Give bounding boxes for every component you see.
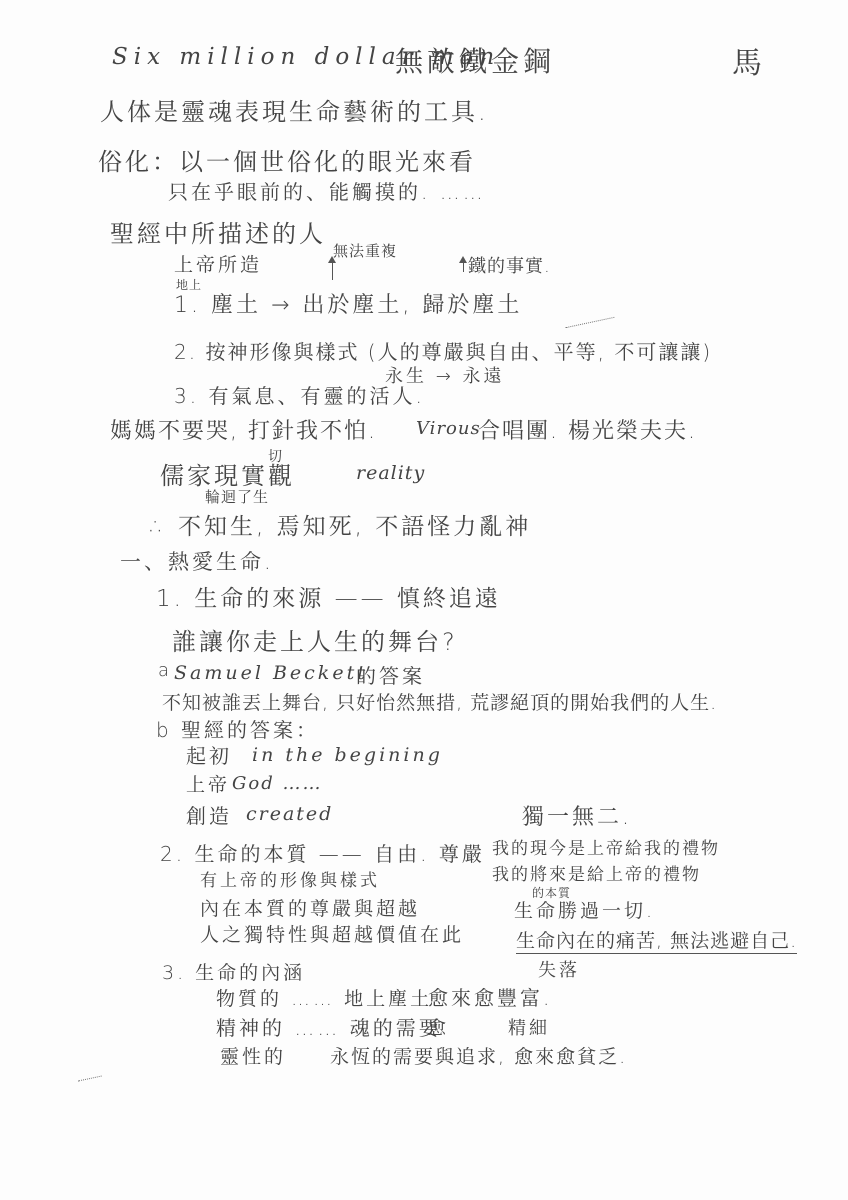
arrow-up-icon xyxy=(332,258,333,280)
word-qichu: 起初 xyxy=(186,740,232,769)
note-future-gift-to-god: 我的將來是給上帝的禮物 xyxy=(492,860,701,885)
word-chuangzao: 創造 xyxy=(186,800,232,829)
line-image-of-god: 有上帝的形像與樣式 xyxy=(200,866,380,891)
line-human-body: 人体是靈魂表現生命藝術的工具. xyxy=(100,92,489,127)
line-spiritual: 精神的 …… 魂的需要 xyxy=(216,1012,442,1041)
title-chinese: 無敵鐵金鋼 xyxy=(395,40,555,80)
scanned-handwritten-page: Six million dollar man 無敵鐵金鋼 馬 人体是靈魂表現生命… xyxy=(0,0,848,1200)
point-2-image-of-god: 2. 按神形像與樣式 (人的尊嚴與自由、平等, 不可讓讓) xyxy=(174,336,712,365)
line-material-richer: 愈來愈豐富. xyxy=(428,982,552,1011)
phrase-in-the-beginning: in the begining xyxy=(252,744,443,766)
line-choir: 合唱團. 楊光榮夫夫. xyxy=(478,414,697,445)
arrow-up-icon xyxy=(463,258,464,272)
note-inner-pain: 生命內在的痛苦, 無法逃避自己. xyxy=(516,926,797,954)
question-who-put-you-on-stage: 誰讓你走上人生的舞台? xyxy=(172,622,458,657)
name-samuel-beckett: Samuel Beckett xyxy=(174,662,368,684)
word-god: God …… xyxy=(232,773,322,794)
point-3-living-soul: 3. 有氣息、有靈的活人. xyxy=(174,380,425,409)
note-loss: 失落 xyxy=(538,956,580,982)
item-b-bible-answer: b 聖經的答案： xyxy=(156,714,319,743)
section-love-life: 一、熱愛生命. xyxy=(120,546,274,576)
corner-mark: 馬 xyxy=(732,38,765,82)
insertion-mark xyxy=(565,317,614,329)
line-eternal-need: 永恆的需要與追求, 愈來愈貧乏. xyxy=(330,1042,627,1069)
heading-bible-human: 聖經中所描述的人 xyxy=(110,214,326,249)
word-reality: reality xyxy=(356,462,425,484)
line-created-by-god: 上帝所造 xyxy=(174,250,262,277)
note-reincarnation: 輪迴了生 xyxy=(205,486,269,507)
line-material: 物質的 …… 地上塵土 xyxy=(216,984,432,1011)
word-shangdi: 上帝 xyxy=(186,770,230,797)
word-created: created xyxy=(246,803,333,825)
note-present-is-gift: 我的現今是上帝給我的禮物 xyxy=(492,834,720,859)
line-confucius-quote: ∴ 不知生, 焉知死, 不語怪力亂神 xyxy=(150,508,531,541)
line-mama-dont-cry: 媽媽不要哭, 打針我不怕. xyxy=(110,414,377,445)
line-spiritual-more: 愈 xyxy=(428,1014,449,1040)
line-only-care-present: 只在乎眼前的、能觸摸的. …… xyxy=(168,176,486,205)
point-1-origin-of-life: 1. 生命的來源 —— 慎終追遠 xyxy=(156,580,501,613)
point-3-content-of-life: 3. 生命的內涵 xyxy=(162,958,305,985)
note-one-of-a-kind: 獨一無二. xyxy=(522,800,632,831)
line-uniqueness: 人之獨特性與超越價值在此 xyxy=(200,920,464,947)
line-spiritual-finer: 精細 xyxy=(508,1014,550,1040)
line-inner-dignity: 內在本質的尊嚴與超越 xyxy=(200,894,420,921)
stray-mark xyxy=(78,1076,102,1083)
word-virous: Virous xyxy=(416,418,481,439)
line-secularization: 俗化：以一個世俗化的眼光來看 xyxy=(98,142,476,177)
line-spirituality: 靈性的 xyxy=(220,1042,286,1069)
note-cannot-repeat: 無法重複 xyxy=(333,240,397,261)
note-iron-fact: 鐵的事實. xyxy=(468,252,551,278)
item-a-prefix: a xyxy=(158,660,172,681)
beckett-answer-text: 不知被誰丟上舞台, 只好怡然無措, 荒謬絕頂的開始我們的人生. xyxy=(162,688,717,715)
point-2-essence-of-life: 2. 生命的本質 —— 自由. 尊嚴 xyxy=(160,838,485,867)
item-a-answer-label: 的答案 xyxy=(356,660,425,689)
note-life-above-all: 生命勝過一切. xyxy=(514,896,655,923)
point-1-dust: 1. 塵土 → 出於塵土, 歸於塵土 xyxy=(174,288,522,319)
